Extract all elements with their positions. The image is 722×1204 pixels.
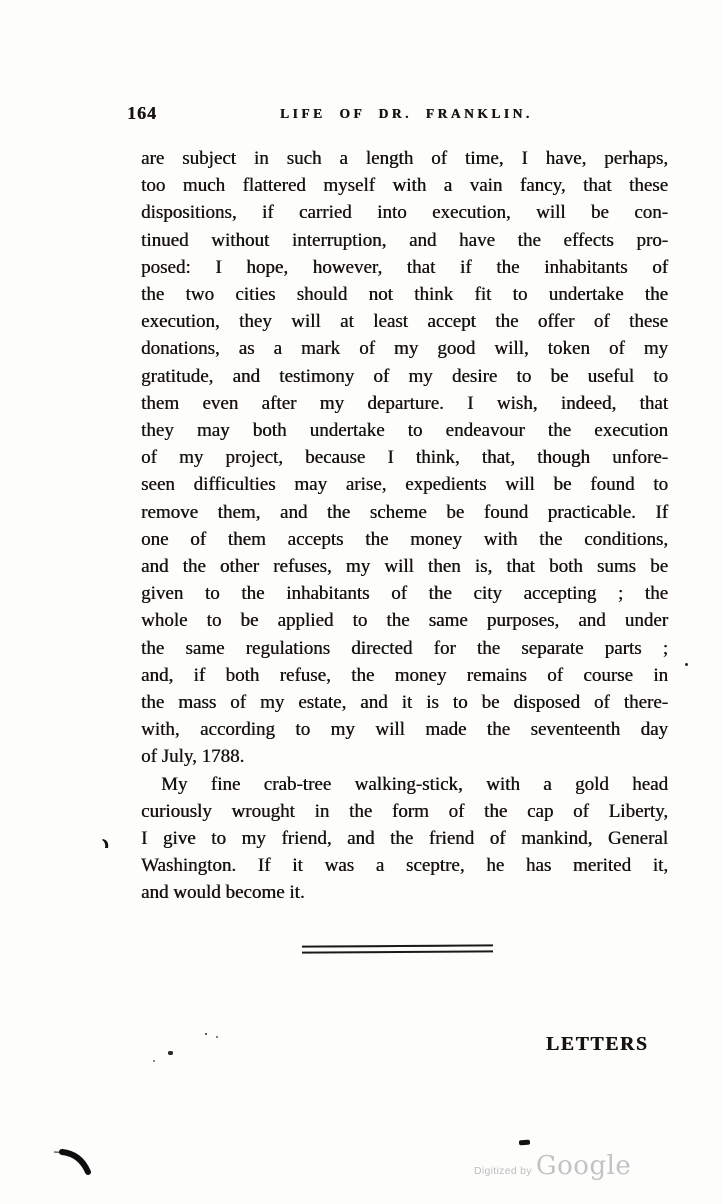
page-number: 164 bbox=[127, 103, 157, 124]
text-line: Washington. If it was a sceptre, he has … bbox=[141, 852, 668, 879]
digitized-by-label: Digitized by bbox=[474, 1165, 532, 1177]
running-title: LIFE OF DR. FRANKLIN. bbox=[280, 106, 533, 122]
text-line: donations, as a mark of my good will, to… bbox=[141, 335, 668, 362]
catchword: LETTERS bbox=[546, 1034, 649, 1056]
text-line: one of them accepts the money with the c… bbox=[141, 526, 668, 553]
margin-speck bbox=[216, 1036, 218, 1038]
google-logo: Google bbox=[536, 1151, 631, 1181]
text-line: of July, 1788. bbox=[141, 743, 668, 770]
text-line: My fine crab-tree walking-stick, with a … bbox=[141, 771, 668, 798]
text-line: them even after my departure. I wish, in… bbox=[141, 390, 668, 417]
text-line: the two cities should not think fit to u… bbox=[141, 281, 668, 308]
text-line: with, according to my will made the seve… bbox=[141, 716, 668, 743]
margin-speck bbox=[205, 1033, 207, 1035]
margin-comma-mark bbox=[101, 837, 110, 855]
text-line: tinued without interruption, and have th… bbox=[141, 227, 668, 254]
text-line: given to the inhabitants of the city acc… bbox=[141, 580, 668, 607]
margin-speck bbox=[168, 1051, 173, 1055]
text-line: they may both undertake to endeavour the… bbox=[141, 417, 668, 444]
margin-speck bbox=[685, 663, 688, 666]
text-line: and the other refuses, my will then is, … bbox=[141, 553, 668, 580]
text-line: seen difficulties may arise, expedients … bbox=[141, 471, 668, 498]
text-line: and would become it. bbox=[141, 879, 668, 906]
section-divider-rule bbox=[302, 944, 493, 953]
text-line: are subject in such a length of time, I … bbox=[141, 145, 668, 172]
text-line: and, if both refuse, the money remains o… bbox=[141, 662, 668, 689]
text-line: curiously wrought in the form of the cap… bbox=[141, 798, 668, 825]
text-line: the same regulations directed for the se… bbox=[141, 635, 668, 662]
text-line: gratitude, and testimony of my desire to… bbox=[141, 363, 668, 390]
text-line: dispositions, if carried into execution,… bbox=[141, 199, 668, 226]
text-line: I give to my friend, and the friend of m… bbox=[141, 825, 668, 852]
text-line: execution, they will at least accept the… bbox=[141, 308, 668, 335]
ink-mark-hook bbox=[52, 1146, 98, 1185]
text-line: of my project, because I think, that, th… bbox=[141, 444, 668, 471]
margin-speck bbox=[153, 1060, 155, 1062]
text-line: posed: I hope, however, that if the inha… bbox=[141, 254, 668, 281]
text-line: the mass of my estate, and it is to be d… bbox=[141, 689, 668, 716]
ink-mark-dash bbox=[519, 1140, 530, 1146]
text-line: too much flattered myself with a vain fa… bbox=[141, 172, 668, 199]
book-page-scan: 164 LIFE OF DR. FRANKLIN. are subject in… bbox=[0, 0, 722, 1204]
text-line: remove them, and the scheme be found pra… bbox=[141, 499, 668, 526]
text-line: whole to be applied to the same purposes… bbox=[141, 607, 668, 634]
google-watermark: Digitized by Google bbox=[474, 1151, 631, 1181]
body-text: are subject in such a length of time, I … bbox=[141, 145, 668, 907]
